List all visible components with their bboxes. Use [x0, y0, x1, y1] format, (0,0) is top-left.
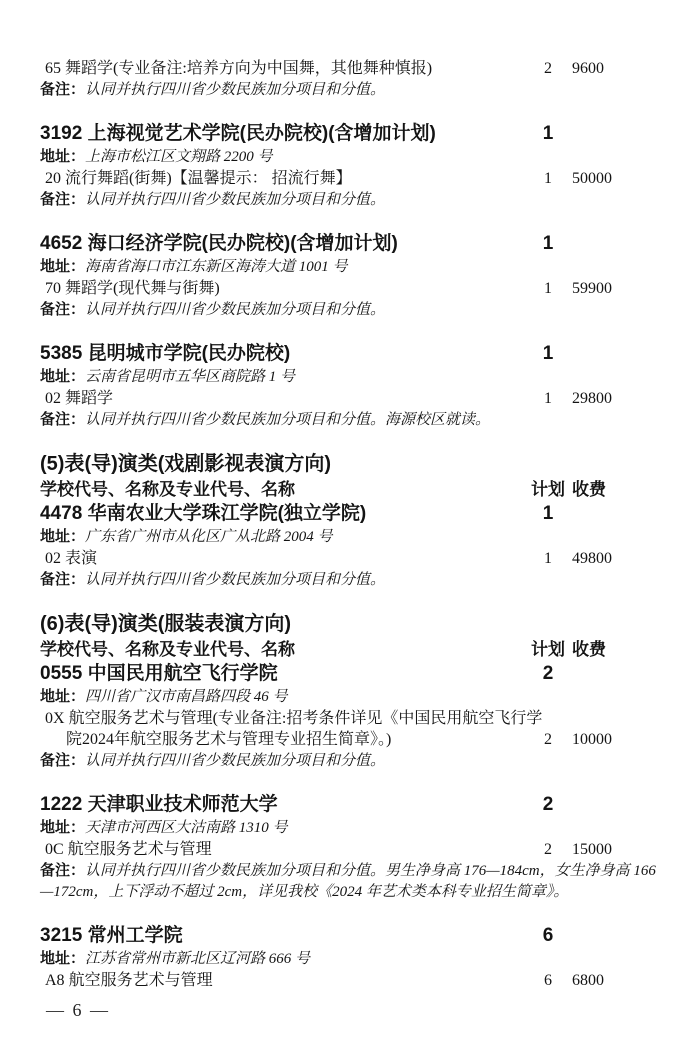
- address-text: 上海市松江区文翔路 2200 号: [85, 149, 273, 165]
- remark-text: 认同并执行四川省少数民族加分项目和分值。: [85, 753, 385, 769]
- fee-value: 59900: [572, 278, 659, 299]
- major-name: 航空服务艺术与管理: [69, 972, 213, 989]
- fee-value: 10000: [572, 729, 659, 750]
- remark-line: 备注：认同并执行四川省少数民族加分项目和分值。海源校区就读。: [40, 409, 659, 431]
- school-row: 3215 常州工学院6: [40, 923, 659, 948]
- major-row: A8 航空服务艺术与管理66800: [40, 970, 659, 991]
- remark-label: 备注：: [40, 191, 85, 208]
- plan-value: 2: [524, 839, 572, 860]
- school-code: 4478: [40, 503, 82, 524]
- address-label: 地址：: [40, 819, 85, 836]
- address-line: 地址：天津市河西区大沽南路 1310 号: [40, 817, 659, 839]
- plan-value: 2: [524, 729, 572, 750]
- school-row: 3192 上海视觉艺术学院(民办院校)(含增加计划)1: [40, 121, 659, 146]
- major-name: 舞蹈学: [65, 390, 113, 407]
- major-code: 0X: [45, 710, 65, 727]
- school-code: 5385: [40, 343, 82, 364]
- plan-value: 1: [524, 121, 572, 146]
- address-text: 广东省广州市从化区广从北路 2004 号: [85, 529, 333, 545]
- plan-value: 1: [524, 341, 572, 366]
- school-title: 3215 常州工学院: [40, 923, 524, 948]
- remark-line: 备注：认同并执行四川省少数民族加分项目和分值。男生净身高 176—184cm，女…: [40, 860, 659, 903]
- plan-column-header: 计划: [524, 478, 572, 501]
- major-row: 0X 航空服务艺术与管理(专业备注:招考条件详见《中国民用航空飞行学院2024年…: [40, 708, 659, 750]
- address-line: 地址：四川省广汉市南昌路四段 46 号: [40, 686, 659, 708]
- major-name: 舞蹈学(现代舞与街舞): [65, 280, 220, 297]
- remark-text: 认同并执行四川省少数民族加分项目和分值。海源校区就读。: [85, 412, 490, 428]
- major-row: 02 表演149800: [40, 548, 659, 569]
- remark-label: 备注：: [40, 81, 85, 98]
- document-page: 65 舞蹈学(专业备注:培养方向为中国舞，其他舞种慎报)29600备注：认同并执…: [0, 0, 699, 991]
- school-column-header: 学校代号、名称及专业代号、名称: [40, 478, 524, 501]
- school-title: 0555 中国民用航空飞行学院: [40, 661, 524, 686]
- major-title: 02 舞蹈学: [40, 388, 524, 409]
- address-text: 江苏省常州市新北区辽河路 666 号: [85, 951, 310, 967]
- school-name: 中国民用航空飞行学院: [88, 663, 278, 684]
- address-label: 地址：: [40, 368, 85, 385]
- remark-text: 认同并执行四川省少数民族加分项目和分值。: [85, 572, 385, 588]
- school-title: 4652 海口经济学院(民办院校)(含增加计划): [40, 231, 524, 256]
- major-code: 70: [45, 280, 61, 297]
- plan-column-header: 计划: [524, 638, 572, 661]
- address-line: 地址：上海市松江区文翔路 2200 号: [40, 146, 659, 168]
- fee-value: 50000: [572, 168, 659, 189]
- major-name: 流行舞蹈(街舞)【温馨提示： 招流行舞】: [65, 170, 352, 187]
- major-title: 20 流行舞蹈(街舞)【温馨提示： 招流行舞】: [40, 168, 524, 189]
- major-title: A8 航空服务艺术与管理: [40, 970, 524, 991]
- major-code: 0C: [45, 841, 64, 858]
- remark-text: 认同并执行四川省少数民族加分项目和分值。: [85, 302, 385, 318]
- school-title: 4478 华南农业大学珠江学院(独立学院): [40, 501, 524, 526]
- fee-value: 9600: [572, 58, 659, 79]
- plan-value: 6: [524, 923, 572, 948]
- fee-value: 29800: [572, 388, 659, 409]
- major-title-continued: 院2024年航空服务艺术与管理专业招生简章》。): [40, 729, 524, 750]
- school-name: 上海视觉艺术学院(民办院校)(含增加计划): [88, 123, 436, 144]
- school-name: 天津职业技术师范大学: [88, 794, 278, 815]
- address-text: 云南省昆明市五华区商院路 1 号: [85, 369, 295, 385]
- school-row: 1222 天津职业技术师范大学2: [40, 792, 659, 817]
- school-code: 3192: [40, 123, 82, 144]
- address-line: 地址：江苏省常州市新北区辽河路 666 号: [40, 948, 659, 970]
- major-code: 02: [45, 550, 61, 567]
- plan-value: 1: [524, 388, 572, 409]
- plan-value: 2: [524, 58, 572, 79]
- major-title: 70 舞蹈学(现代舞与街舞): [40, 278, 524, 299]
- school-name: 常州工学院: [88, 925, 183, 946]
- major-row: 70 舞蹈学(现代舞与街舞)159900: [40, 278, 659, 299]
- column-header-row: 学校代号、名称及专业代号、名称计划收费: [40, 478, 659, 501]
- column-header-row: 学校代号、名称及专业代号、名称计划收费: [40, 638, 659, 661]
- remark-text: 认同并执行四川省少数民族加分项目和分值。: [85, 192, 385, 208]
- school-row: 4652 海口经济学院(民办院校)(含增加计划)1: [40, 231, 659, 256]
- remark-label: 备注：: [40, 862, 85, 879]
- fee-value: 15000: [572, 839, 659, 860]
- section-title: (6)表(导)演类(服装表演方向): [40, 611, 659, 638]
- school-row: 0555 中国民用航空飞行学院2: [40, 661, 659, 686]
- address-label: 地址：: [40, 528, 85, 545]
- major-title: 0X 航空服务艺术与管理(专业备注:招考条件详见《中国民用航空飞行学: [40, 708, 659, 729]
- major-title: 02 表演: [40, 548, 524, 569]
- school-row: 4478 华南农业大学珠江学院(独立学院)1: [40, 501, 659, 526]
- school-row: 5385 昆明城市学院(民办院校)1: [40, 341, 659, 366]
- address-label: 地址：: [40, 148, 85, 165]
- remark-label: 备注：: [40, 571, 85, 588]
- major-name: 航空服务艺术与管理(专业备注:招考条件详见《中国民用航空飞行学: [69, 710, 543, 727]
- address-label: 地址：: [40, 688, 85, 705]
- remark-label: 备注：: [40, 301, 85, 318]
- fee-value: 49800: [572, 548, 659, 569]
- address-line: 地址：云南省昆明市五华区商院路 1 号: [40, 366, 659, 388]
- fee-column-header: 收费: [572, 638, 659, 661]
- fee-column-header: 收费: [572, 478, 659, 501]
- plan-value: 1: [524, 231, 572, 256]
- plan-value: 1: [524, 501, 572, 526]
- address-label: 地址：: [40, 950, 85, 967]
- major-code: 20: [45, 170, 61, 187]
- major-name: 舞蹈学(专业备注:培养方向为中国舞，其他舞种慎报): [65, 60, 432, 77]
- plan-value: 1: [524, 278, 572, 299]
- remark-line: 备注：认同并执行四川省少数民族加分项目和分值。: [40, 189, 659, 211]
- school-code: 1222: [40, 794, 82, 815]
- remark-line: 备注：认同并执行四川省少数民族加分项目和分值。: [40, 750, 659, 772]
- plan-value: 6: [524, 970, 572, 991]
- remark-text: 认同并执行四川省少数民族加分项目和分值。: [85, 82, 385, 98]
- fee-value: 6800: [572, 970, 659, 991]
- major-title: 0C 航空服务艺术与管理: [40, 839, 524, 860]
- major-title: 65 舞蹈学(专业备注:培养方向为中国舞，其他舞种慎报): [40, 58, 524, 79]
- plan-value: 2: [524, 792, 572, 817]
- address-line: 地址：广东省广州市从化区广从北路 2004 号: [40, 526, 659, 548]
- school-name: 华南农业大学珠江学院(独立学院): [88, 503, 367, 524]
- major-row: 02 舞蹈学129800: [40, 388, 659, 409]
- page-number: — 6 —: [46, 1000, 110, 1021]
- school-code: 3215: [40, 925, 82, 946]
- major-name: 航空服务艺术与管理: [68, 841, 212, 858]
- address-text: 四川省广汉市南昌路四段 46 号: [85, 689, 288, 705]
- address-label: 地址：: [40, 258, 85, 275]
- remark-line: 备注：认同并执行四川省少数民族加分项目和分值。: [40, 79, 659, 101]
- address-text: 天津市河西区大沽南路 1310 号: [85, 820, 288, 836]
- school-title: 3192 上海视觉艺术学院(民办院校)(含增加计划): [40, 121, 524, 146]
- school-code: 4652: [40, 233, 82, 254]
- major-code: 65: [45, 60, 61, 77]
- major-row: 0C 航空服务艺术与管理215000: [40, 839, 659, 860]
- major-code: 02: [45, 390, 61, 407]
- school-title: 5385 昆明城市学院(民办院校): [40, 341, 524, 366]
- major-row: 65 舞蹈学(专业备注:培养方向为中国舞，其他舞种慎报)29600: [40, 58, 659, 79]
- remark-line: 备注：认同并执行四川省少数民族加分项目和分值。: [40, 569, 659, 591]
- school-column-header: 学校代号、名称及专业代号、名称: [40, 638, 524, 661]
- school-name: 昆明城市学院(民办院校): [88, 343, 291, 364]
- major-row: 20 流行舞蹈(街舞)【温馨提示： 招流行舞】150000: [40, 168, 659, 189]
- school-title: 1222 天津职业技术师范大学: [40, 792, 524, 817]
- plan-value: 2: [524, 661, 572, 686]
- plan-value: 1: [524, 548, 572, 569]
- school-code: 0555: [40, 663, 82, 684]
- address-line: 地址：海南省海口市江东新区海涛大道 1001 号: [40, 256, 659, 278]
- remark-line: 备注：认同并执行四川省少数民族加分项目和分值。: [40, 299, 659, 321]
- remark-label: 备注：: [40, 752, 85, 769]
- major-code: A8: [45, 972, 65, 989]
- remark-text: 认同并执行四川省少数民族加分项目和分值。男生净身高 176—184cm，女生净身…: [40, 863, 656, 900]
- remark-label: 备注：: [40, 411, 85, 428]
- major-name: 表演: [65, 550, 97, 567]
- school-name: 海口经济学院(民办院校)(含增加计划): [88, 233, 398, 254]
- address-text: 海南省海口市江东新区海涛大道 1001 号: [85, 259, 348, 275]
- plan-value: 1: [524, 168, 572, 189]
- section-title: (5)表(导)演类(戏剧影视表演方向): [40, 451, 659, 478]
